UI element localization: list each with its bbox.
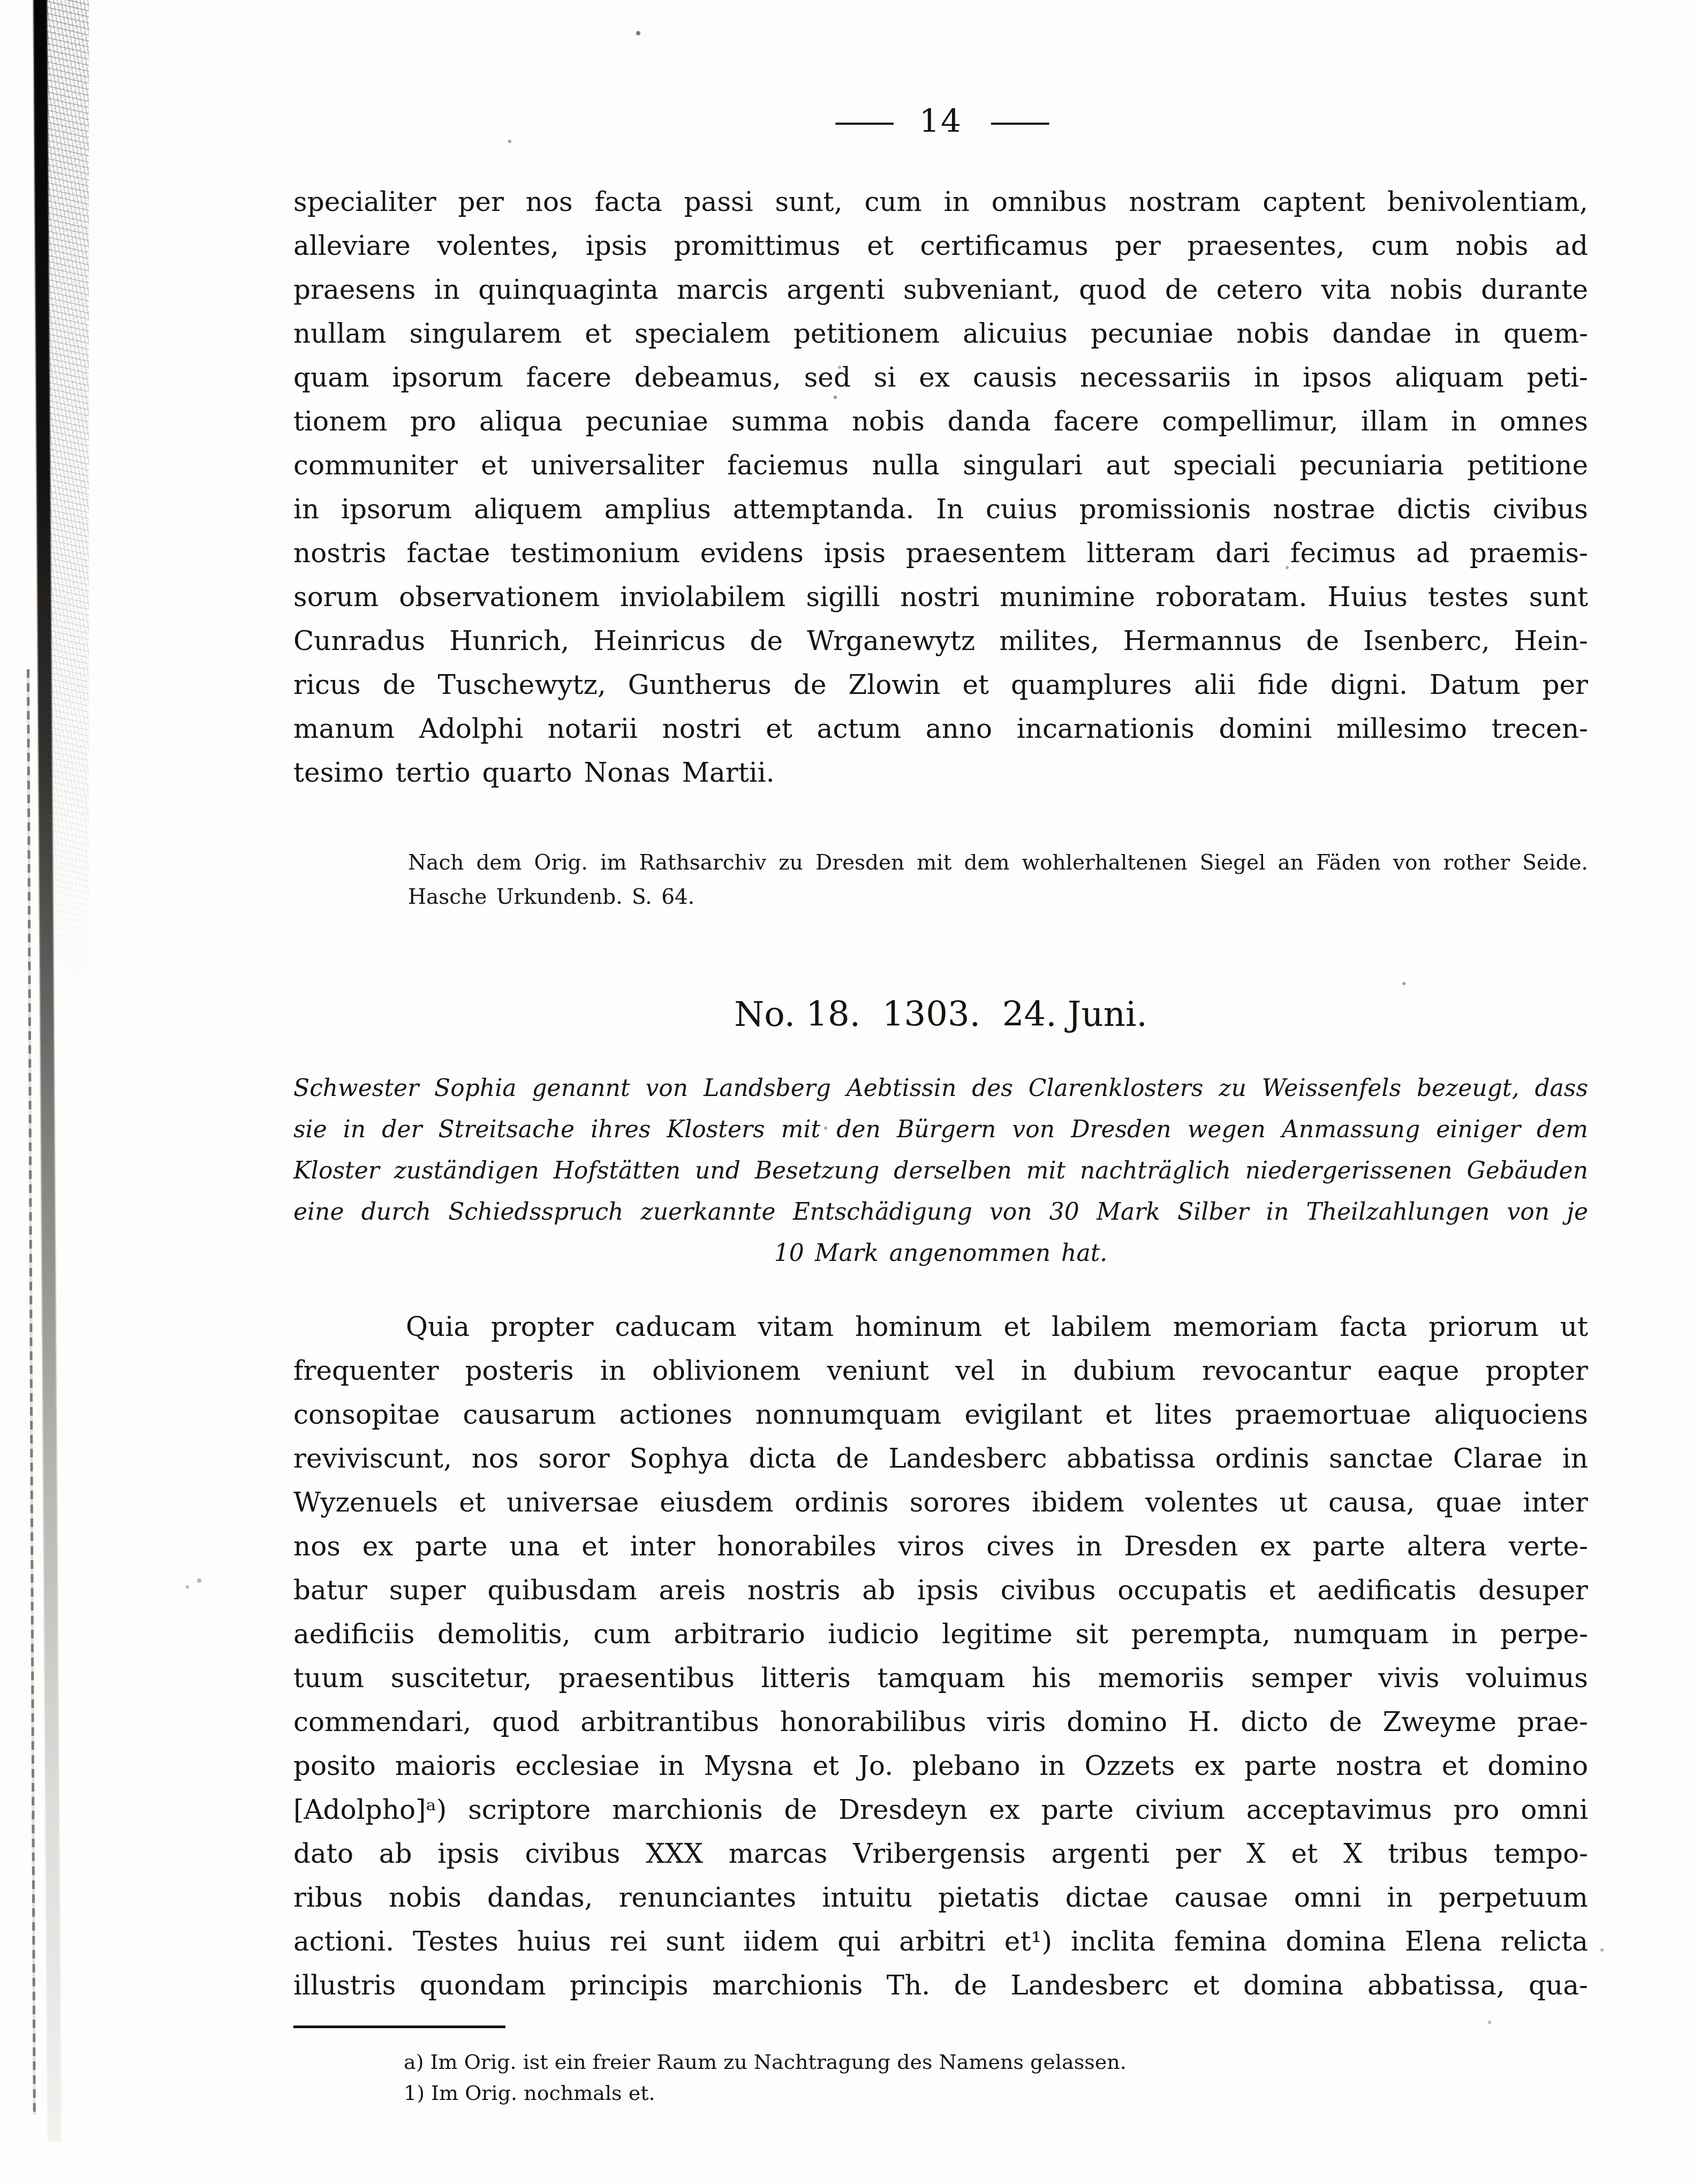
charter-text-line: manum Adolphi notarii nostri et actum an…: [293, 707, 1588, 751]
charter-text-line: tesimo tertio quarto Nonas Martii.: [293, 751, 1588, 795]
charter-text-line: Wyzenuels et universae eiusdem ordinis s…: [293, 1480, 1588, 1524]
charter-text-line: Quia propter caducam vitam hominum et la…: [293, 1305, 1588, 1349]
charter-text-line: alleviare volentes, ipsis promittimus et…: [293, 224, 1588, 268]
scan-noise-dots: [0, 0, 2, 2]
charter-text-line: communiter et universaliter faciemus nul…: [293, 443, 1588, 487]
charter-text-line: quam ipsorum facere debeamus, sed si ex …: [293, 356, 1588, 399]
charter-text-line: batur super quibusdam areis nostris ab i…: [293, 1568, 1588, 1612]
charter-text-line: actioni. Testes huius rei sunt iidem qui…: [293, 1919, 1588, 1963]
summary-line: Kloster zuständigen Hofstätten und Beset…: [293, 1150, 1588, 1191]
entry-heading: No. 18. 1303. 24. Juni.: [293, 995, 1588, 1034]
charter-text-line: illustris quondam principis marchionis T…: [293, 1963, 1588, 2007]
charter-text-line: nullam singularem et specialem petitione…: [293, 312, 1588, 356]
charter-text-line: specialiter per nos facta passi sunt, cu…: [293, 180, 1588, 224]
source-note-line: Hasche Urkundenb. S. 64.: [408, 880, 1588, 915]
charter-text-line: [Adolpho]ᵃ) scriptore marchionis de Dres…: [293, 1788, 1588, 1832]
summary-line: Schwester Sophia genannt von Landsberg A…: [293, 1068, 1588, 1109]
summary-line: eine durch Schiedsspruch zuerkannte Ents…: [293, 1191, 1588, 1233]
charter-text-line: praesens in quinquaginta marcis argenti …: [293, 268, 1588, 312]
charter-text-line: ribus nobis dandas, renunciantes intuitu…: [293, 1876, 1588, 1919]
summary-line: sie in der Streitsache ihres Klosters mi…: [293, 1109, 1588, 1150]
summary-line: 10 Mark angenommen hat.: [293, 1233, 1588, 1274]
footnotes: a) Im Orig. ist ein freier Raum zu Nacht…: [404, 2046, 1588, 2109]
footnote-line: a) Im Orig. ist ein freier Raum zu Nacht…: [404, 2046, 1588, 2077]
page-number: 14: [899, 103, 982, 140]
charter-text-line: nos ex parte una et inter honorabiles vi…: [293, 1524, 1588, 1568]
charter-text-line: reviviscunt, nos soror Sophya dicta de L…: [293, 1437, 1588, 1480]
charter-text-line: ricus de Tuschewytz, Guntherus de Zlowin…: [293, 663, 1588, 707]
header-left-dashes: ——: [834, 103, 899, 140]
charter-text-line: posito maioris ecclesiae in Mysna et Jo.…: [293, 1744, 1588, 1788]
charter-text-continuation: specialiter per nos facta passi sunt, cu…: [293, 180, 1588, 795]
page-header: —— 14 ——: [293, 103, 1588, 140]
scan-fold-line: [27, 669, 36, 2115]
charter-text-line: dato ab ipsis civibus XXX marcas Vriberg…: [293, 1832, 1588, 1876]
charter-text-line: tionem pro aliqua pecuniae summa nobis d…: [293, 399, 1588, 443]
scanned-book-page: —— 14 —— specialiter per nos facta passi…: [0, 0, 1693, 2184]
charter-text-line: nostris factae testimonium evidens ipsis…: [293, 531, 1588, 575]
charter-text-line: sorum observationem inviolabilem sigilli…: [293, 575, 1588, 619]
charter-text-no18: Quia propter caducam vitam hominum et la…: [293, 1305, 1588, 2007]
charter-text-line: in ipsorum aliquem amplius attemptanda. …: [293, 487, 1588, 531]
footnote-rule: [293, 2026, 505, 2028]
charter-text-line: consopitae causarum actiones nonnumquam …: [293, 1393, 1588, 1437]
header-right-dashes: ——: [982, 103, 1047, 140]
charter-text-line: aedificiis demolitis, cum arbitrario iud…: [293, 1612, 1588, 1656]
charter-text-line: tuum suscitetur, praesentibus litteris t…: [293, 1656, 1588, 1700]
charter-text-line: frequenter posteris in oblivionem veniun…: [293, 1349, 1588, 1393]
footnote-line: 1) Im Orig. nochmals et.: [404, 2077, 1588, 2109]
source-note-line: Nach dem Orig. im Rathsarchiv zu Dresden…: [408, 846, 1588, 880]
charter-text-line: Cunradus Hunrich, Heinricus de Wrganewyt…: [293, 619, 1588, 663]
text-column: —— 14 —— specialiter per nos facta passi…: [293, 0, 1588, 2109]
entry-summary: Schwester Sophia genannt von Landsberg A…: [293, 1068, 1588, 1274]
scan-speckle-band: [47, 0, 89, 1017]
source-note: Nach dem Orig. im Rathsarchiv zu Dresden…: [408, 846, 1588, 915]
charter-text-line: commendari, quod arbitrantibus honorabil…: [293, 1700, 1588, 1744]
